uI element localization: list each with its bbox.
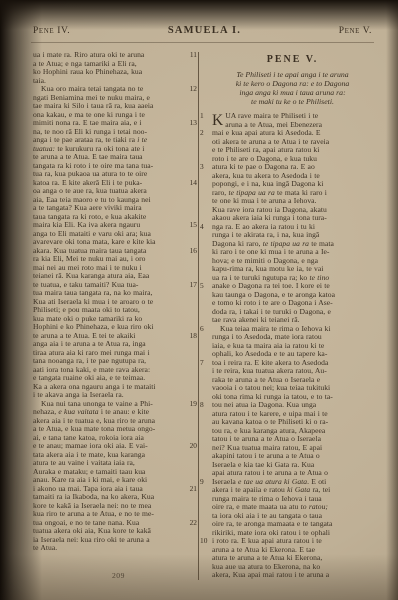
verse-number: 10 — [200, 537, 207, 546]
verse-number: 16 — [190, 247, 197, 256]
verse-number: 6 — [200, 325, 204, 334]
chapter-summary-line: Te Philiseti i te apai anga i te aruna — [214, 70, 371, 79]
verse-number: 5 — [200, 282, 204, 291]
page-number: 209 — [112, 571, 125, 580]
chapter-summary-line: ki te kero o Dagona ra: e to Dagona — [214, 79, 371, 88]
verse-number: 4 — [200, 223, 204, 232]
verse-number: 19 — [190, 400, 197, 409]
chapter-summary: Te Philiseti i te apai anga i te arunaki… — [214, 70, 371, 106]
verse-number: 11 — [190, 51, 197, 60]
verse-number: 17 — [190, 281, 197, 290]
verse-number: 15 — [190, 221, 197, 230]
verse-number: 12 — [190, 85, 197, 94]
verse-number: 21 — [190, 485, 197, 494]
verse-number: 13 — [190, 119, 197, 128]
verse-number: 14 — [190, 179, 197, 188]
text-line: akera, Kua apai mai ratou i te aruna a — [212, 571, 373, 580]
verse-number: 18 — [190, 332, 197, 341]
verse-number: 22 — [190, 519, 197, 528]
text-line: te Atua. — [33, 544, 185, 553]
chapter-summary-line: inga anga ki mua i taua aruna ra: — [214, 88, 371, 97]
running-head: Pene IV. SAMUELA I. Pene V. — [33, 25, 372, 36]
text-columns: ua i mate ra. Riro atura oki te aruna11a… — [33, 51, 373, 580]
running-head-title: SAMUELA I. — [70, 25, 338, 36]
header-rule — [31, 42, 374, 43]
chapter-summary-line: te maki tu ke o te Philiseti. — [214, 97, 371, 106]
verse-number: 8 — [200, 401, 204, 410]
verse-number: 3 — [200, 163, 204, 172]
verse-number: 2 — [200, 129, 204, 138]
running-head-right: Pene V. — [339, 26, 372, 36]
verse-number: 7 — [200, 359, 204, 368]
book-page-photo: Pene IV. SAMUELA I. Pene V. ua i mate ra… — [0, 0, 398, 600]
chapter-verses: KUA rave maira te Philiseti i te1aruna a… — [212, 112, 373, 580]
right-column: PENE V. Te Philiseti i te apai anga i te… — [199, 51, 373, 580]
left-column: ua i mate ra. Riro atura oki te aruna11a… — [33, 51, 198, 580]
verse-number: 1 — [200, 112, 204, 121]
verse-number: 20 — [190, 442, 197, 451]
chapter-heading: PENE V. — [212, 54, 373, 65]
verse-number: 9 — [200, 478, 204, 487]
text-line: ko Hophini raua ko Phinehaza, kua — [33, 68, 185, 77]
running-head-left: Pene IV. — [33, 26, 70, 36]
